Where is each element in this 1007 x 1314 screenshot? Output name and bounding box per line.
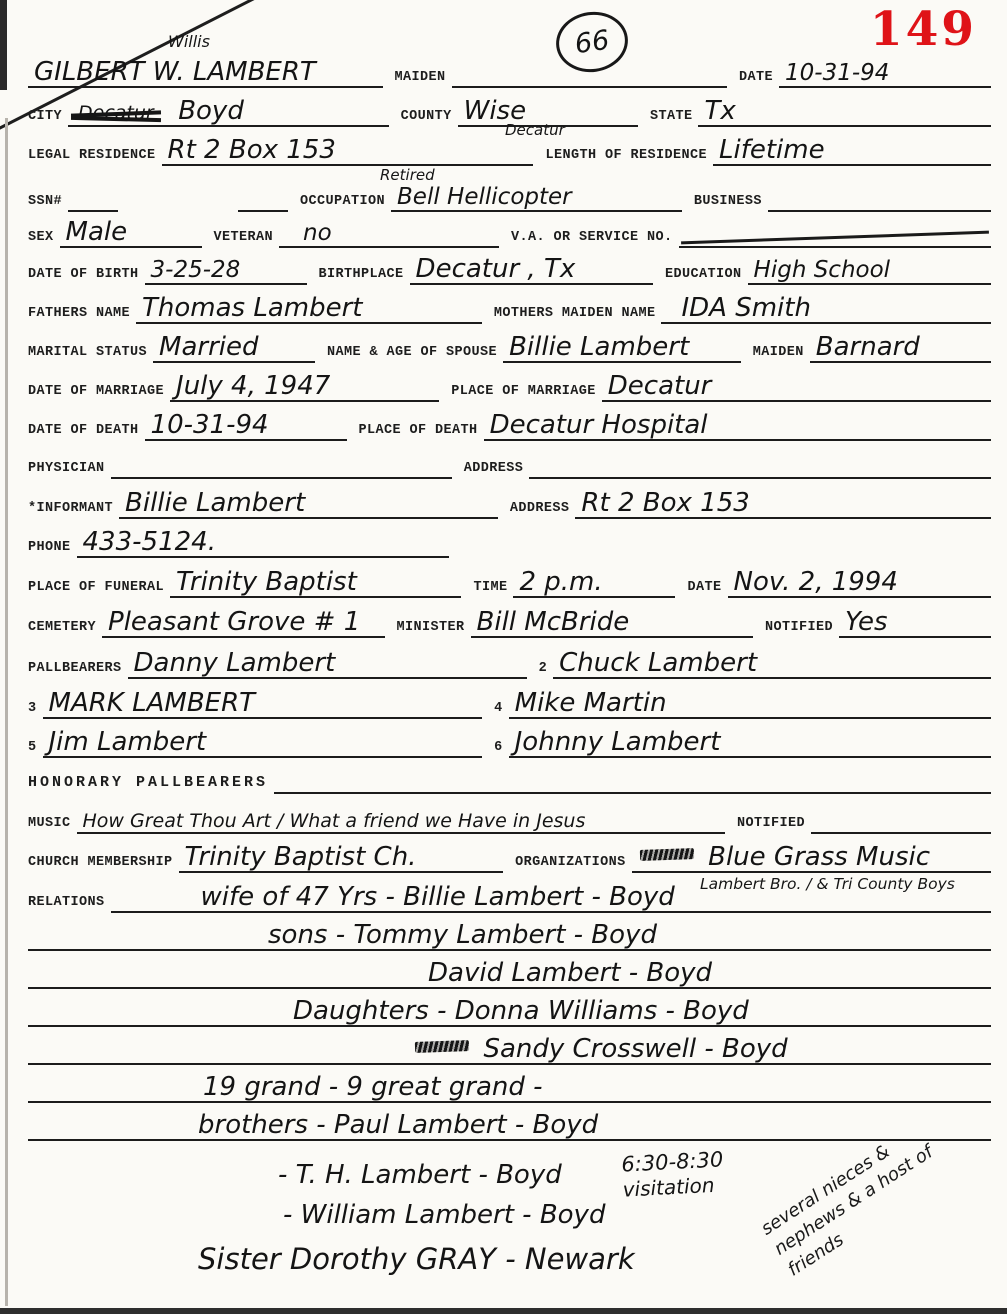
business-label: BUSINESS	[694, 194, 762, 210]
mothers-maiden-name-label: MOTHERS MAIDEN NAME	[494, 306, 656, 322]
music-value: How Great Thou Art / What a friend we Ha…	[77, 812, 725, 834]
relations-line-1: wife of 47 Yrs - Billie Lambert - Boyd	[111, 884, 991, 913]
music-notified-label: NOTIFIED	[737, 816, 805, 832]
visitation-note: 6:30-8:30 visitation	[621, 1149, 725, 1199]
funeral-date-label: DATE	[687, 580, 721, 596]
county-label: COUNTY	[401, 109, 452, 125]
document-number-red: 149	[870, 2, 977, 57]
scratched-out-name	[415, 1040, 469, 1053]
pallbearer-5-label: 5	[28, 740, 37, 756]
row-church-organizations: CHURCH MEMBERSHIP Trinity Baptist Ch. OR…	[28, 837, 991, 873]
pallbearer-3-value: MARK LAMBERT	[43, 690, 483, 719]
music-notified-line	[811, 832, 991, 834]
relations-line-4: Daughters - Donna Williams - Boyd	[28, 998, 991, 1027]
informant-label: *INFORMANT	[28, 501, 113, 517]
place-of-death-value: Decatur Hospital	[484, 412, 991, 441]
row-relations-sandy: Sandy Crosswell - Boyd	[28, 1029, 991, 1065]
city-crossed-out-text: Decatur	[74, 102, 158, 124]
row-ssn-occupation: SSN# OCCUPATION Bell Hellicopter BUSINES…	[28, 176, 991, 212]
row-relations-david: David Lambert - Boyd	[28, 953, 991, 989]
organizations-label: ORGANIZATIONS	[515, 855, 626, 871]
marital-status-value: Married	[153, 334, 315, 363]
city-value-text: Boyd	[178, 96, 244, 126]
relations-label: RELATIONS	[28, 895, 105, 911]
row-relations-daughters: Daughters - Donna Williams - Boyd	[28, 991, 991, 1027]
row-physician: PHYSICIAN ADDRESS	[28, 443, 991, 479]
ssn-label: SSN#	[28, 194, 62, 210]
mothers-maiden-name-value: IDA Smith	[661, 295, 991, 324]
row-birth: DATE OF BIRTH 3-25-28 BIRTHPLACE Decatur…	[28, 249, 991, 285]
relations-line-5-wrap: Sandy Crosswell - Boyd	[28, 1036, 991, 1065]
pallbearer-4-value: Mike Martin	[509, 690, 991, 719]
cemetery-label: CEMETERY	[28, 620, 96, 636]
occupation-label: OCCUPATION	[300, 194, 385, 210]
church-membership-value: Trinity Baptist Ch.	[179, 844, 504, 873]
row-relations-sons: sons - Tommy Lambert - Boyd	[28, 915, 991, 951]
sex-label: SEX	[28, 230, 54, 246]
veteran-label: VETERAN	[214, 230, 274, 246]
spouse-label: NAME & AGE OF SPOUSE	[327, 345, 497, 361]
funeral-date-value: Nov. 2, 1994	[728, 569, 992, 598]
pallbearers-label: PALLBEARERS	[28, 661, 122, 677]
legal-residence-value: Rt 2 Box 153	[162, 137, 534, 166]
date-of-marriage-value: July 4, 1947	[170, 373, 439, 402]
row-phone: PHONE 433-5124.	[28, 522, 991, 558]
city-label: CITY	[28, 109, 62, 125]
informant-address-value: Rt 2 Box 153	[575, 490, 991, 519]
row-informant: *INFORMANT Billie Lambert ADDRESS Rt 2 B…	[28, 483, 991, 519]
row-sex-veteran: SEX Male VETERAN no V.A. OR SERVICE NO.	[28, 212, 991, 248]
funeral-time-value: 2 p.m.	[513, 569, 675, 598]
veteran-value: no	[279, 222, 499, 248]
scanned-funeral-record-form: 66 149 Willis GILBERT W. LAMBERT MAIDEN …	[0, 0, 1007, 1314]
state-label: STATE	[650, 109, 693, 125]
city-value: Decatur Boyd	[68, 98, 389, 127]
relations-line-3: David Lambert - Boyd	[28, 960, 991, 989]
row-legal-residence: LEGAL RESIDENCE Rt 2 Box 153 LENGTH OF R…	[28, 130, 991, 166]
informant-value: Billie Lambert	[119, 490, 498, 519]
minister-value: Bill McBride	[471, 609, 753, 638]
row-death: DATE OF DEATH 10-31-94 PLACE OF DEATH De…	[28, 405, 991, 441]
row-marital: MARITAL STATUS Married NAME & AGE OF SPO…	[28, 327, 991, 363]
date-of-marriage-label: DATE OF MARRIAGE	[28, 384, 164, 400]
birthplace-label: BIRTHPLACE	[319, 267, 404, 283]
state-value: Tx	[698, 98, 991, 127]
date-label: DATE	[739, 70, 773, 86]
spouse-maiden-value: Barnard	[810, 334, 991, 363]
row-name: GILBERT W. LAMBERT MAIDEN DATE 10-31-94	[28, 52, 991, 88]
funeral-time-label: TIME	[473, 580, 507, 596]
row-honorary-pallbearers: HONORARY PALLBEARERS	[28, 758, 991, 794]
pallbearer-2-label: 2	[539, 661, 548, 677]
va-service-no-label: V.A. OR SERVICE NO.	[511, 230, 673, 246]
length-of-residence-label: LENGTH OF RESIDENCE	[545, 148, 707, 164]
sex-value: Male	[60, 219, 202, 248]
notified-value: Yes	[839, 609, 991, 638]
place-of-death-label: PLACE OF DEATH	[359, 423, 478, 439]
physician-address-line	[529, 477, 991, 479]
notified-label: NOTIFIED	[765, 620, 833, 636]
music-label: MUSIC	[28, 816, 71, 832]
row-marriage: DATE OF MARRIAGE July 4, 1947 PLACE OF M…	[28, 366, 991, 402]
physician-value-line	[111, 477, 452, 479]
phone-value: 433-5124.	[77, 529, 449, 558]
pallbearer-4-label: 4	[494, 701, 503, 717]
cemetery-value: Pleasant Grove # 1	[102, 609, 384, 638]
place-of-funeral-value: Trinity Baptist	[170, 569, 461, 598]
row-parents: FATHERS NAME Thomas Lambert MOTHERS MAID…	[28, 288, 991, 324]
relations-line-6: 19 grand - 9 great grand -	[28, 1074, 991, 1103]
scan-left-edge	[5, 118, 8, 1306]
physician-address-label: ADDRESS	[464, 461, 524, 477]
informant-address-label: ADDRESS	[510, 501, 570, 517]
pallbearer-2-value: Chuck Lambert	[553, 650, 991, 679]
row-funeral: PLACE OF FUNERAL Trinity Baptist TIME 2 …	[28, 562, 991, 598]
education-label: EDUCATION	[665, 267, 742, 283]
pallbearer-5-value: Jim Lambert	[43, 729, 483, 758]
row-pallbearers-5-6: 5 Jim Lambert 6 Johnny Lambert	[28, 722, 991, 758]
education-value: High School	[748, 259, 991, 285]
row-relations-grandchildren: 19 grand - 9 great grand -	[28, 1067, 991, 1103]
relations-line-2: sons - Tommy Lambert - Boyd	[28, 922, 991, 951]
organizations-value: Blue Grass Music	[632, 844, 991, 873]
pen-stroke	[681, 231, 989, 245]
date-of-birth-value: 3-25-28	[145, 259, 307, 285]
visitation-label: visitation	[622, 1174, 725, 1199]
physician-label: PHYSICIAN	[28, 461, 105, 477]
relations-line-9: - William Lambert - Boyd	[28, 1202, 605, 1228]
row-relations-brothers: brothers - Paul Lambert - Boyd	[28, 1105, 991, 1141]
date-of-death-label: DATE OF DEATH	[28, 423, 139, 439]
deceased-name-value: GILBERT W. LAMBERT	[28, 59, 383, 88]
honorary-pallbearers-line	[274, 792, 991, 794]
maiden-value	[452, 85, 727, 88]
place-of-marriage-value: Decatur	[602, 373, 991, 402]
pallbearer-6-value: Johnny Lambert	[509, 729, 991, 758]
visitation-time: 6:30-8:30	[621, 1149, 724, 1175]
length-of-residence-value: Lifetime	[713, 137, 991, 166]
date-value: 10-31-94	[779, 62, 991, 88]
birthplace-value: Decatur , Tx	[410, 256, 653, 285]
occupation-value: Bell Hellicopter	[391, 186, 682, 212]
fathers-name-label: FATHERS NAME	[28, 306, 130, 322]
legal-residence-label: LEGAL RESIDENCE	[28, 148, 156, 164]
relations-line-7: brothers - Paul Lambert - Boyd	[28, 1112, 991, 1141]
scratched-out-word	[639, 848, 693, 861]
pallbearer-3-label: 3	[28, 701, 37, 717]
va-service-no-line	[679, 246, 991, 248]
minister-label: MINISTER	[397, 620, 465, 636]
relations-line-8: - T. H. Lambert - Boyd	[28, 1162, 562, 1188]
place-of-funeral-label: PLACE OF FUNERAL	[28, 580, 164, 596]
spouse-maiden-label: MAIDEN	[753, 345, 804, 361]
row-cemetery: CEMETERY Pleasant Grove # 1 MINISTER Bil…	[28, 602, 991, 638]
scan-corner-shadow	[0, 0, 7, 90]
church-membership-label: CHURCH MEMBERSHIP	[28, 855, 173, 871]
pallbearer-6-label: 6	[494, 740, 503, 756]
row-relations: RELATIONS wife of 47 Yrs - Billie Lamber…	[28, 877, 991, 913]
name-annotation-willis: Willis	[168, 32, 210, 51]
fathers-name-value: Thomas Lambert	[136, 295, 482, 324]
row-music: MUSIC How Great Thou Art / What a friend…	[28, 798, 991, 834]
row-pallbearers-1-2: PALLBEARERS Danny Lambert 2 Chuck Lamber…	[28, 643, 991, 679]
row-pallbearers-3-4: 3 MARK LAMBERT 4 Mike Martin	[28, 683, 991, 719]
organizations-value-text: Blue Grass Music	[708, 842, 930, 872]
phone-label: PHONE	[28, 540, 71, 556]
pallbearer-1-value: Danny Lambert	[128, 650, 527, 679]
place-of-marriage-label: PLACE OF MARRIAGE	[451, 384, 596, 400]
date-of-death-value: 10-31-94	[145, 412, 347, 441]
relations-line-5: Sandy Crosswell - Boyd	[483, 1034, 787, 1064]
maiden-label: MAIDEN	[395, 70, 446, 86]
marital-status-label: MARITAL STATUS	[28, 345, 147, 361]
spouse-value: Billie Lambert	[503, 334, 741, 363]
relations-line-10: Sister Dorothy GRAY - Newark	[28, 1245, 635, 1274]
scan-bottom-edge	[0, 1308, 1007, 1314]
date-of-birth-label: DATE OF BIRTH	[28, 267, 139, 283]
honorary-pallbearers-label: HONORARY PALLBEARERS	[28, 774, 268, 792]
